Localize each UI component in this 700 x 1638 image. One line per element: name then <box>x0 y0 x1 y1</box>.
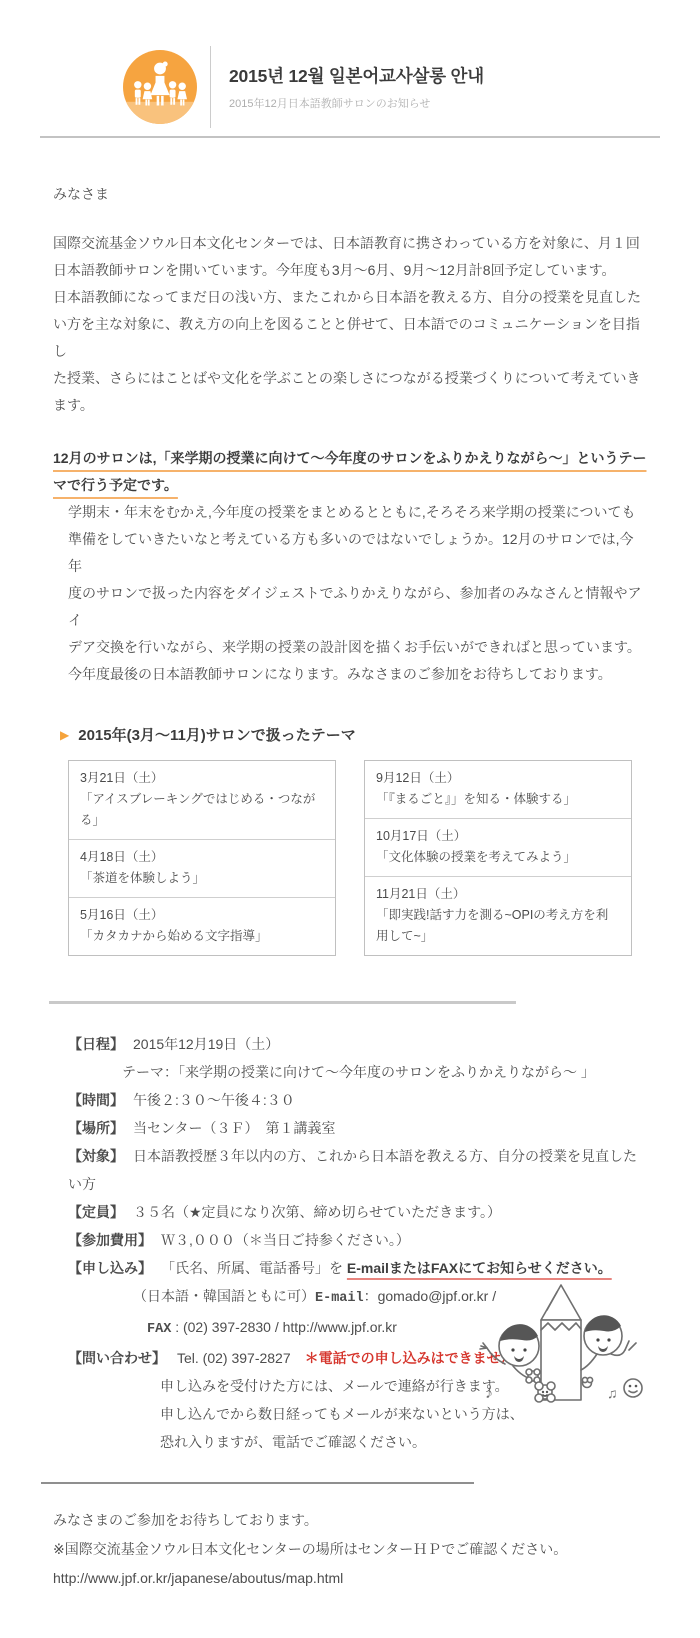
detail-schedule-theme: テーマ：「来学期の授業に向けて～今年度のサロンをふりかえりながら～ 」 <box>68 1058 647 1086</box>
detail-label: 【参加費用】 <box>68 1226 152 1254</box>
table-row: 3月21日（土） 「アイスブレーキングではじめる・つながる」 <box>69 761 335 839</box>
table-row: 11月21日（土） 「即実践!話す力を測る~OPIの考え方を利用して~」 <box>365 876 631 955</box>
detail-target: 【対象】日本語教授歴３年以内の方、これから日本語を教える方、自分の授業を見直した… <box>68 1142 647 1198</box>
theme-announcement-text: 12月のサロンは,「来学期の授業に向けて～今年度のサロンをふりかえりながら～」と… <box>53 450 646 493</box>
newsletter-page: 2015년 12월 일본어교사살롱 안내 2015年12月日本語教師サロンのお知… <box>0 0 700 1638</box>
page-title: 2015년 12월 일본어교사살롱 안내 <box>229 63 484 88</box>
main-content: みなさま 国際交流基金ソウル日本文化センターでは、日本語教育に携さわっている方を… <box>0 184 700 1638</box>
music-note-icon: ♫ <box>607 1385 618 1401</box>
intro-paragraph: 国際交流基金ソウル日本文化センターでは、日本語教育に携さわっている方を対象に、月… <box>53 230 647 419</box>
page-subtitle: 2015年12月日本語教師サロンのお知らせ <box>229 95 484 111</box>
header: 2015년 12월 일본어교사살롱 안내 2015年12月日本語教師サロンのお知… <box>123 45 660 129</box>
kids-with-pencil-illustration: ♪ ♫ <box>475 1280 647 1418</box>
themes-heading: 2015年(3月～11月)サロンで扱ったテーマ <box>78 727 356 744</box>
theme-date: 3月21日（土） <box>80 768 324 789</box>
detail-value: Ｗ３,０００（＊当日ご持参ください。） <box>161 1232 410 1248</box>
mid-rule <box>49 1001 516 1004</box>
detail-value: ３５名（★定員になり次第、締め切らせていただきます。） <box>133 1204 501 1220</box>
fax-number-and-url[interactable]: : (02) 397-2830 / http://www.jpf.or.kr <box>171 1319 397 1335</box>
detail-value: 当センター（３Ｆ） 第１講義室 <box>133 1120 335 1136</box>
detail-time: 【時間】午後２:３０～午後４:３０ <box>68 1086 647 1114</box>
fax-word: FAX <box>147 1322 171 1337</box>
footer-participation-line: みなさまのご参加をお待ちしております。 <box>53 1506 647 1535</box>
contact-note-3: 恐れ入りますが、電話でご確認ください。 <box>68 1428 647 1456</box>
table-row: 5月16日（土） 「カタカナから始める文字指導」 <box>69 897 335 955</box>
table-row: 4月18日（土） 「茶道を体験しよう」 <box>69 839 335 897</box>
email-word: E-mail <box>315 1291 364 1306</box>
arrow-right-icon: ▶ <box>60 728 69 742</box>
apply-method-highlight: E-mailまたはFAXにてお知らせください。 <box>347 1260 612 1276</box>
theme-date: 5月16日（土） <box>80 905 324 926</box>
detail-place: 【場所】当センター（３Ｆ） 第１講義室 <box>68 1114 647 1142</box>
greeting-text: みなさま <box>53 184 647 204</box>
apply-language-note: （日本語・韓国語ともに可） <box>133 1288 315 1304</box>
detail-schedule: 【日程】2015年12月19日（土） <box>68 1030 647 1058</box>
detail-label: 【時間】 <box>68 1086 124 1114</box>
detail-label: 【問い合わせ】 <box>68 1344 166 1372</box>
detail-value: 午後２:３０～午後４:３０ <box>133 1092 295 1108</box>
detail-fee: 【参加費用】Ｗ３,０００（＊当日ご持参ください。） <box>68 1226 647 1254</box>
apply-prefix: 「氏名、所属、電話番号」を <box>161 1260 347 1276</box>
theme-date: 9月12日（土） <box>376 768 620 789</box>
theme-title: 「茶道を体験しよう」 <box>80 868 324 889</box>
salon-description: 学期末・年末をむかえ,今年度の授業をまとめるとともに,そろそろ来学期の授業につい… <box>53 499 647 688</box>
detail-value: 日本語教授歴３年以内の方、これから日本語を教える方、自分の授業を見直したい方 <box>68 1148 637 1192</box>
theme-title: 「即実践!話す力を測る~OPIの考え方を利用して~」 <box>376 905 620 947</box>
contact-phone: Tel. (02) 397-2827 <box>177 1350 291 1366</box>
themes-table-spring: 3月21日（土） 「アイスブレーキングではじめる・つながる」 4月18日（土） … <box>68 760 336 956</box>
detail-label: 【申し込み】 <box>68 1254 152 1282</box>
themes-tables: 3月21日（土） 「アイスブレーキングではじめる・つながる」 4月18日（土） … <box>53 760 647 956</box>
detail-label: 【定員】 <box>68 1198 124 1226</box>
detail-value: 2015年12月19日（土） <box>133 1036 279 1052</box>
header-rule <box>40 136 660 138</box>
theme-announcement: 12月のサロンは,「来学期の授業に向けて～今年度のサロンをふりかえりながら～」と… <box>53 445 647 499</box>
theme-date: 4月18日（土） <box>80 847 324 868</box>
footer-location-note: ※国際交流基金ソウル日本文化センターの場所はセンターＨＰでご確認ください。 <box>53 1535 647 1564</box>
music-note-icon: ♪ <box>485 1385 493 1402</box>
detail-label: 【日程】 <box>68 1030 124 1058</box>
bottom-rule <box>41 1482 474 1484</box>
footer-map-url[interactable]: http://www.jpf.or.kr/japanese/aboutus/ma… <box>53 1564 647 1593</box>
theme-date: 11月21日（土） <box>376 884 620 905</box>
event-details: 【日程】2015年12月19日（土） テーマ：「来学期の授業に向けて～今年度のサ… <box>53 1030 647 1456</box>
footer: みなさまのご参加をお待ちしております。 ※国際交流基金ソウル日本文化センターの場… <box>53 1506 647 1638</box>
themes-section-header: ▶2015年(3月～11月)サロンで扱ったテーマ <box>53 724 647 745</box>
detail-capacity: 【定員】３５名（★定員になり次第、締め切らせていただきます。） <box>68 1198 647 1226</box>
theme-title: 「文化体験の授業を考えてみよう」 <box>376 847 620 868</box>
detail-label: 【対象】 <box>68 1142 124 1170</box>
theme-date: 10月17日（土） <box>376 826 620 847</box>
teacher-and-children-icon <box>123 50 197 124</box>
themes-table-autumn: 9月12日（土） 「『まるごと』」を知る・体験する」 10月17日（土） 「文化… <box>364 760 632 956</box>
theme-title: 「『まるごと』」を知る・体験する」 <box>376 789 620 810</box>
detail-label: 【場所】 <box>68 1114 124 1142</box>
table-row: 10月17日（土） 「文化体験の授業を考えてみよう」 <box>365 818 631 876</box>
detail-apply: 【申し込み】「氏名、所属、電話番号」を E-mailまたはFAXにてお知らせくだ… <box>68 1254 647 1282</box>
theme-title: 「アイスブレーキングではじめる・つながる」 <box>80 789 324 831</box>
table-row: 9月12日（土） 「『まるごと』」を知る・体験する」 <box>365 761 631 818</box>
theme-title: 「カタカナから始める文字指導」 <box>80 926 324 947</box>
